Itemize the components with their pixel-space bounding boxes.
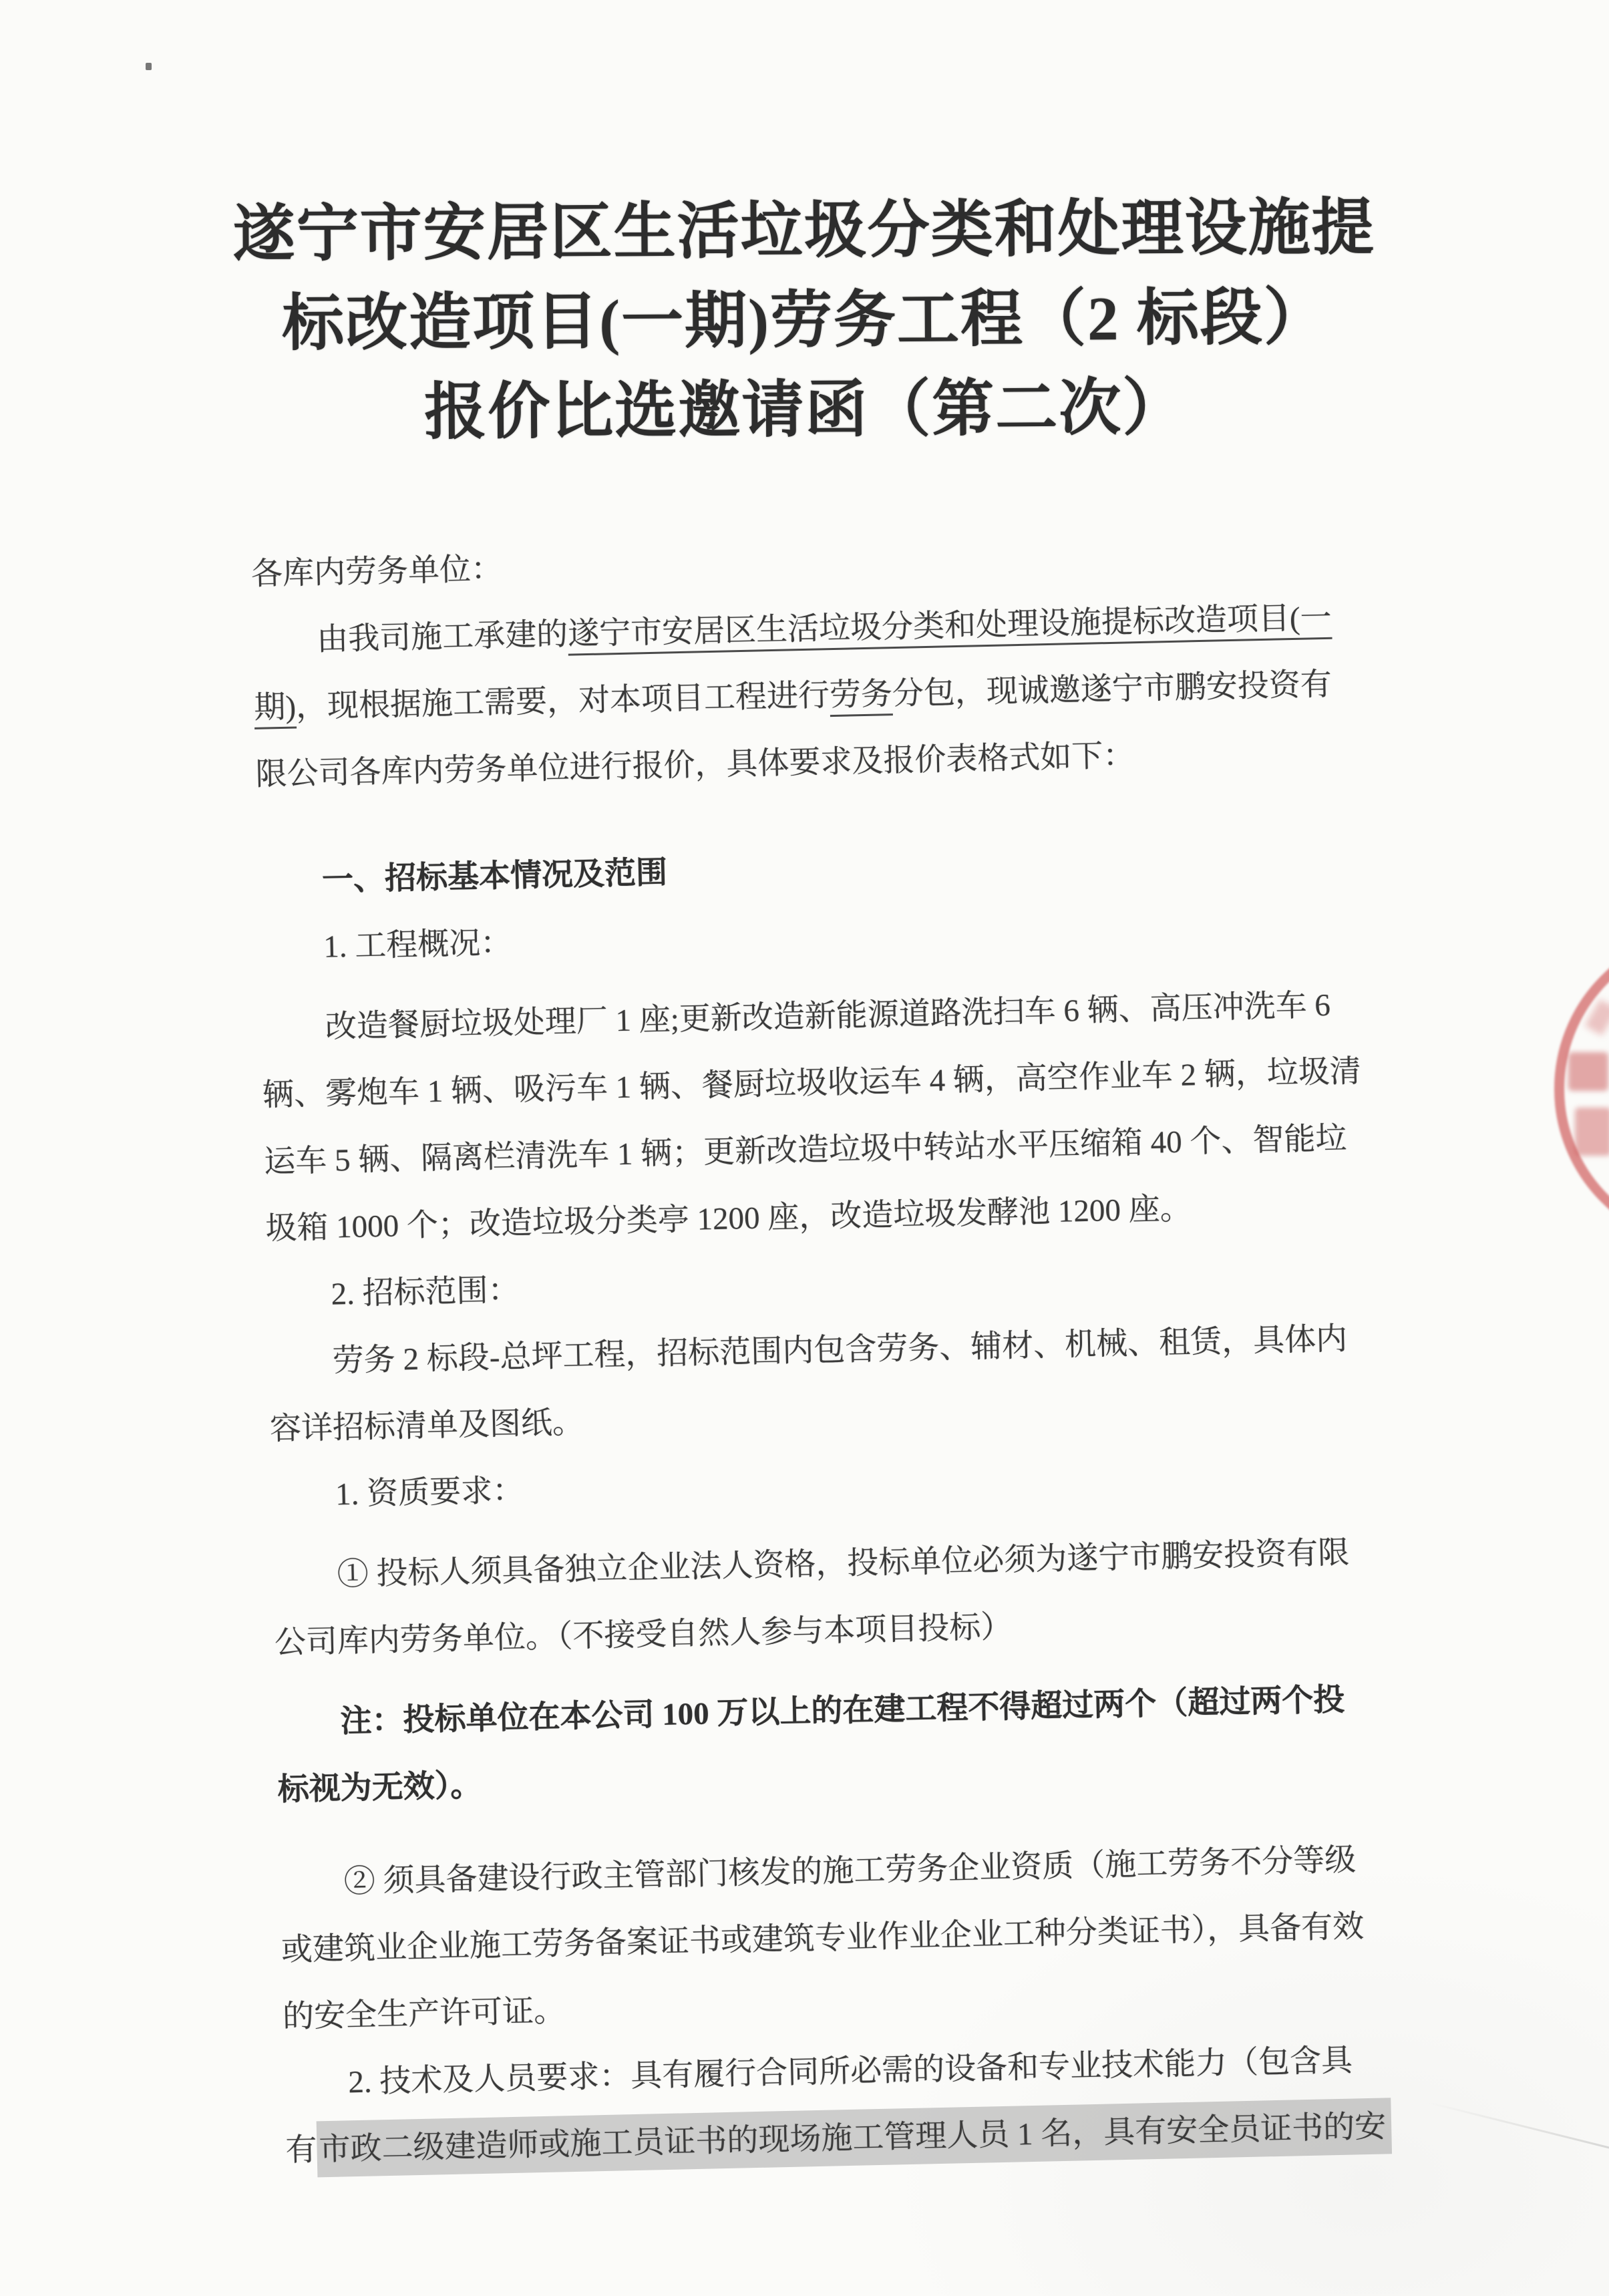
intro-line-2-underlined: 期) bbox=[254, 690, 297, 729]
tech-line-2-prefix: 有 bbox=[285, 2132, 317, 2168]
scanned-document-page: 遂宁市安居区生活垃圾分类和处理设施提 标改造项目(一期)劳务工程（2 标段） 报… bbox=[0, 0, 1609, 2296]
document-body: 各库内劳务单位： 由我司施工承建的遂宁市安居区生活垃圾分类和处理设施提标改造项目… bbox=[250, 515, 1488, 2184]
title-line-2: 标改造项目(一期)劳务工程（2 标段） bbox=[0, 272, 1609, 371]
red-seal-ink-mark bbox=[1575, 1108, 1609, 1156]
intro-line-2-text-a: ，现根据施工需要，对本项目工程进行 bbox=[296, 678, 830, 724]
intro-line-2-text-b: 分包，现诚邀遂宁市鹏安投资有 bbox=[892, 667, 1332, 711]
scan-speck bbox=[146, 63, 152, 70]
red-seal-ink-mark bbox=[1568, 1052, 1608, 1091]
intro-line-1-underlined-project-name: 遂宁市安居区生活垃圾分类和处理设施提标改造项目(一 bbox=[568, 601, 1332, 656]
title-line-3: 报价比选邀请函（第二次） bbox=[0, 361, 1609, 461]
intro-line-1-text: 由我司施工承建的 bbox=[317, 617, 568, 657]
document-title: 遂宁市安居区生活垃圾分类和处理设施提 标改造项目(一期)劳务工程（2 标段） 报… bbox=[0, 182, 1609, 461]
intro-line-2-underlined-laowu: 劳务 bbox=[829, 677, 892, 717]
title-line-1: 遂宁市安居区生活垃圾分类和处理设施提 bbox=[0, 182, 1609, 282]
